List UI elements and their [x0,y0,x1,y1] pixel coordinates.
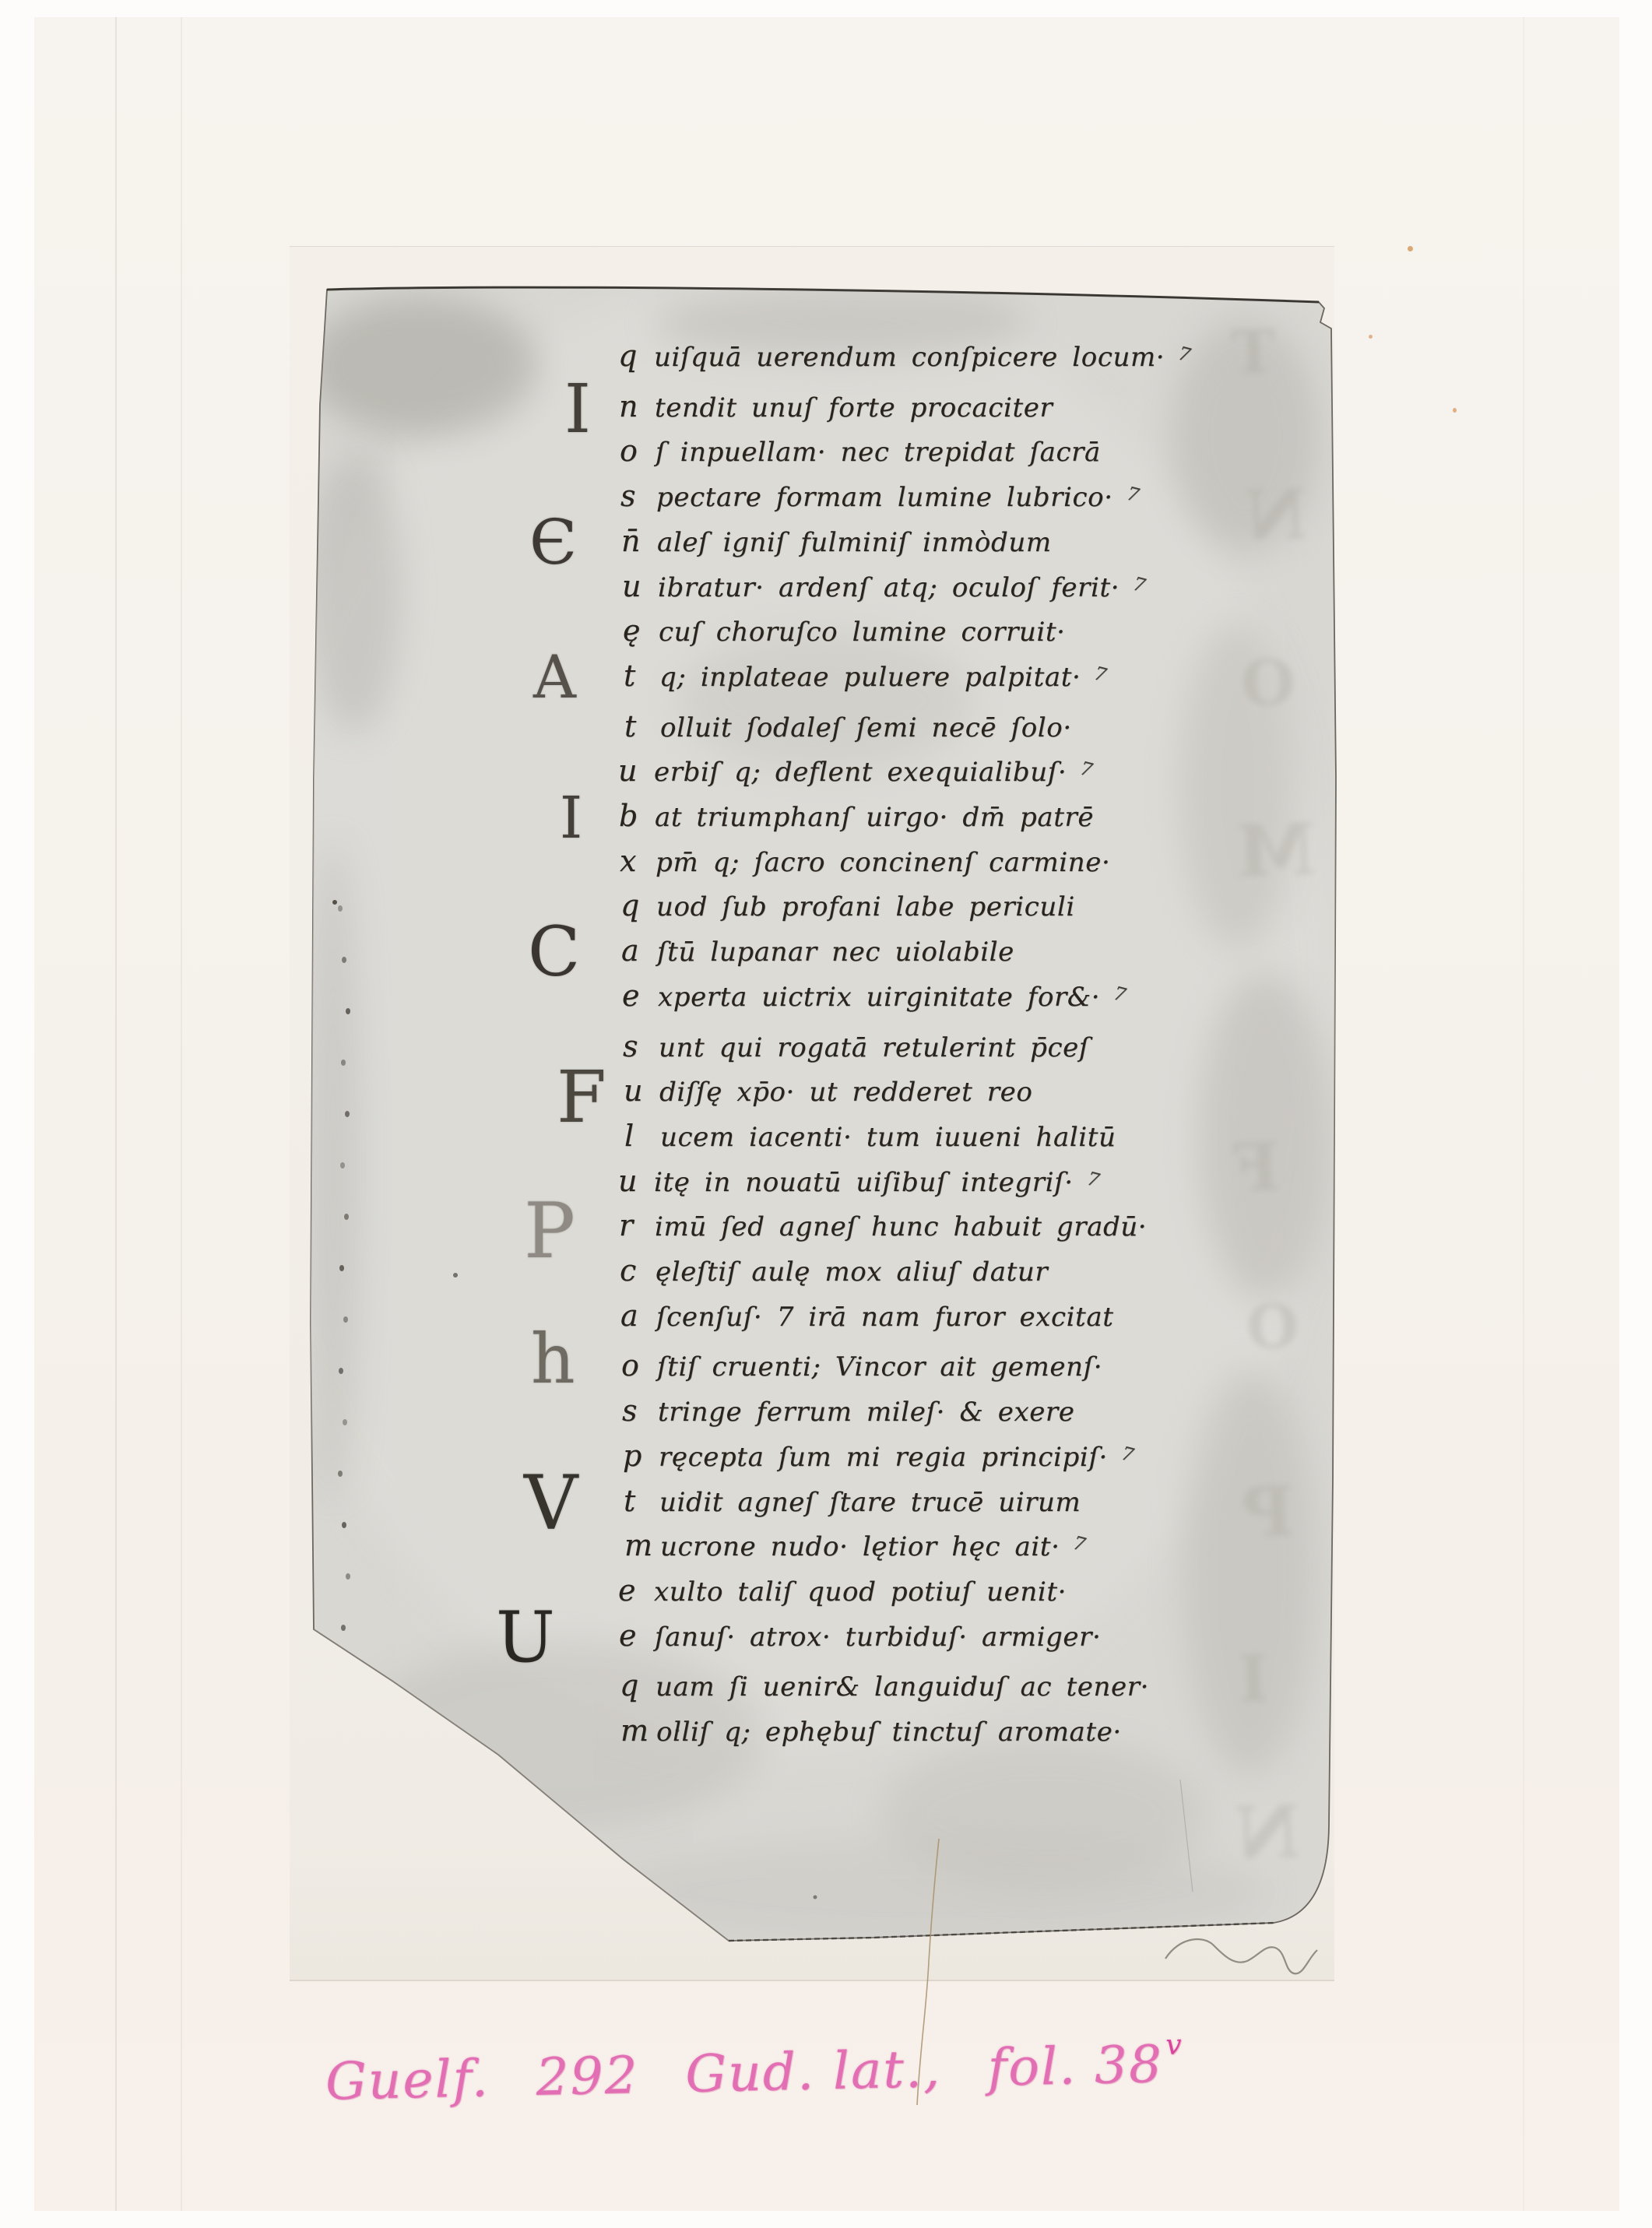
line-initial: m [620,1713,656,1748]
manuscript-line: Caſtū lupanar nec uiolabile [621,933,1014,968]
line-text: olluit ſodaleſ ſemi necē ſolo· [660,712,1072,743]
line-text: ſtiſ cruenti; Vincor ait gemenſ· [657,1351,1102,1383]
line-initial: o [621,1348,657,1383]
line-text: ucrone nudo· lętior hęc ait· [660,1531,1060,1562]
line-text: olliſ q; ephębuſ tinctuſ aromate· [656,1717,1122,1748]
line-initial: p [623,1439,659,1473]
line-text: diſſę xp̄o· ut redderet reo [659,1077,1032,1108]
manuscript-line: aſcenſuſ· 7 irā nam furor excitat [620,1298,1113,1333]
shelfmark-collection: Guelf. [325,2048,490,2111]
manuscript-line: sunt qui rogatā retulerint p̄ceſ [623,1029,1089,1063]
manuscript-text-block: quiſquā uerendum conſpicere locum·7Inten… [0,0,1652,2228]
line-initial: q [620,1668,656,1703]
line-text: ſcenſuſ· 7 irā nam furor excitat [656,1302,1113,1333]
large-initial: A [533,651,577,704]
manuscript-line: Primū ſed agneſ hunc habuit gradū· [619,1208,1147,1242]
manuscript-line: tolluit ſodaleſ ſemi necē ſolo· [624,709,1072,743]
line-text: tringe ferrum mileſ· & exere [658,1397,1075,1428]
manuscript-line: xpm̄ q; ſacro concinenſ carmine· [620,844,1110,878]
line-text: imū ſed agneſ hunc habuit gradū· [655,1211,1147,1242]
line-text: ęleſtiſ aulę mox aliuſ datur [656,1256,1048,1288]
line-text: ſanuſ· atrox· turbiduſ· armiger· [655,1622,1101,1653]
line-text: uod ſub profani labe periculi [656,891,1075,922]
manuscript-line: uitę in nouatū uiſibuſ integriſ·7 [618,1164,1098,1198]
large-initial: I [560,792,583,845]
line-end-mark: 7 [1119,1443,1136,1467]
line-initial: q [620,888,656,922]
large-initial: P [524,1197,576,1266]
line-initial: n [619,389,655,423]
shelfmark-folio: fol. 38v [987,2033,1184,2097]
manuscript-line: uibratur· ardenſ atq; oculoſ ferit·7 [622,569,1144,603]
line-initial: x [620,844,656,878]
line-text: xperta uictrix uirginitate for&· [658,982,1100,1013]
line-text: ſtū lupanar nec uiolabile [657,937,1014,968]
manuscript-line: Fudiſſę xp̄o· ut redderet reo [624,1074,1032,1108]
manuscript-line: cęleſtiſ aulę mox aliuſ datur [620,1253,1048,1288]
line-end-mark: 7 [1124,483,1141,507]
line-text: ręcepta ſum mi regia principiſ· [659,1442,1108,1473]
manuscript-line: Ueſanuſ· atrox· turbiduſ· armiger· [619,1618,1101,1653]
large-initial: Є [529,515,578,571]
manuscript-line: lucem iacenti· tum iuueni halitū [624,1119,1116,1153]
manuscript-line: Vtuidit agneſ ſtare trucē uirum [624,1484,1081,1518]
line-initial: t [624,659,659,693]
line-initial: u [618,1164,654,1198]
shelfmark-number: 292 [536,2045,640,2107]
line-end-mark: 7 [1131,573,1148,597]
manuscript-line: oſ inpuellam· nec trepidat ſacrā [620,434,1101,468]
line-text: itę in nouatū uiſibuſ integriſ· [654,1167,1074,1198]
line-text: uiſquā uerendum conſpicere locum· [654,342,1165,373]
line-end-mark: 7 [1092,662,1109,687]
line-initial: t [624,1484,659,1518]
line-initial: b [619,799,655,833]
manuscript-line: mucrone nudo· lętior hęc ait·7 [624,1528,1084,1562]
large-initial: V [524,1470,578,1537]
line-initial: m [624,1528,660,1562]
manuscript-line: stringe ferrum mileſ· & exere [622,1393,1075,1428]
line-end-mark: 7 [1176,343,1193,367]
manuscript-line: quiſquā uerendum conſpicere locum·7 [618,339,1190,373]
line-text: tendit unuſ forte procaciter [655,392,1053,423]
line-initial: u [622,569,658,603]
line-end-mark: 7 [1084,1168,1102,1192]
line-text: xulto taliſ quod potiuſ uenit· [654,1576,1067,1608]
shelfmark-fond: Gud. lat., [685,2039,942,2104]
large-initial: C [528,921,581,982]
manuscript-line: quod ſub profani labe periculi [620,888,1075,922]
manuscript-line: uerbiſ q; deflent exequialibuſ·7 [618,754,1091,788]
line-initial: c [620,1253,656,1288]
line-initial: a [620,1298,656,1333]
manuscript-line: hoſtiſ cruenti; Vincor ait gemenſ· [621,1348,1102,1383]
line-end-mark: 7 [1112,982,1129,1007]
line-initial: u [624,1074,659,1108]
large-initial: U [496,1606,555,1669]
line-text: uidit agneſ ſtare trucē uirum [659,1487,1081,1518]
manuscript-line: pręcepta ſum mi regia principiſ·7 [623,1439,1133,1473]
line-initial: ę [623,613,659,648]
line-text: ibratur· ardenſ atq; oculoſ ferit· [658,572,1119,603]
line-initial: l [624,1119,660,1153]
line-initial: r [619,1208,655,1242]
photograph-of-manuscript-leaf: { "annotation": { "segments": ["Guelf.",… [0,0,1652,2228]
line-initial: s [620,479,656,513]
line-initial: q [618,339,654,373]
line-initial: u [618,754,654,788]
line-initial: e [619,1618,655,1653]
line-initial: o [620,434,656,468]
line-end-mark: 7 [1078,757,1095,782]
line-text: uam ſi uenir& languiduſ ac tener· [656,1671,1149,1703]
manuscript-line: Intendit unuſ forte procaciter [619,389,1053,423]
manuscript-line: spectare formam lumine lubrico·7 [620,479,1137,513]
line-text: cuſ choruſco lumine corruit· [659,617,1066,648]
manuscript-line: Atq; inplateae puluere palpitat·7 [624,659,1105,693]
line-initial: e [618,1573,654,1608]
folio-verso-superscript: v [1165,2029,1183,2061]
line-end-mark: 7 [1071,1532,1088,1556]
line-text: pm̄ q; ſacro concinenſ carmine· [656,847,1110,878]
large-initial: h [531,1328,575,1390]
manuscript-line: Єn̄aleſ igniſ fulminiſ inmòdum [621,524,1052,558]
line-initial: s [622,1393,658,1428]
line-initial: n̄ [621,524,657,558]
line-text: q; inplateae puluere palpitat· [659,662,1081,693]
manuscript-line: ęcuſ choruſco lumine corruit· [623,613,1066,648]
line-text: unt qui rogatā retulerint p̄ceſ [659,1032,1089,1063]
manuscript-line: molliſ q; ephębuſ tinctuſ aromate· [620,1713,1122,1748]
line-text: aleſ igniſ fulminiſ inmòdum [657,527,1052,558]
line-initial: s [623,1029,659,1063]
line-initial: t [624,709,660,743]
line-text: ſ inpuellam· nec trepidat ſacrā [656,437,1101,468]
line-text: ucem iacenti· tum iuueni halitū [660,1122,1116,1153]
line-text: pectare formam lumine lubrico· [656,482,1113,513]
line-initial: a [621,933,657,968]
line-initial: e [622,979,658,1013]
manuscript-line: exulto taliſ quod potiuſ uenit· [618,1573,1067,1608]
large-initial: I [564,380,592,440]
large-initial: F [557,1066,606,1130]
line-text: erbiſ q; deflent exequialibuſ· [654,757,1067,788]
line-text: at triumphanſ uirgo· dm̄ patrē [655,802,1094,833]
manuscript-line: Ibat triumphanſ uirgo· dm̄ patrē [619,799,1094,833]
manuscript-line: experta uictrix uirginitate for&·7 [622,979,1125,1013]
manuscript-line: quam ſi uenir& languiduſ ac tener· [620,1668,1149,1703]
